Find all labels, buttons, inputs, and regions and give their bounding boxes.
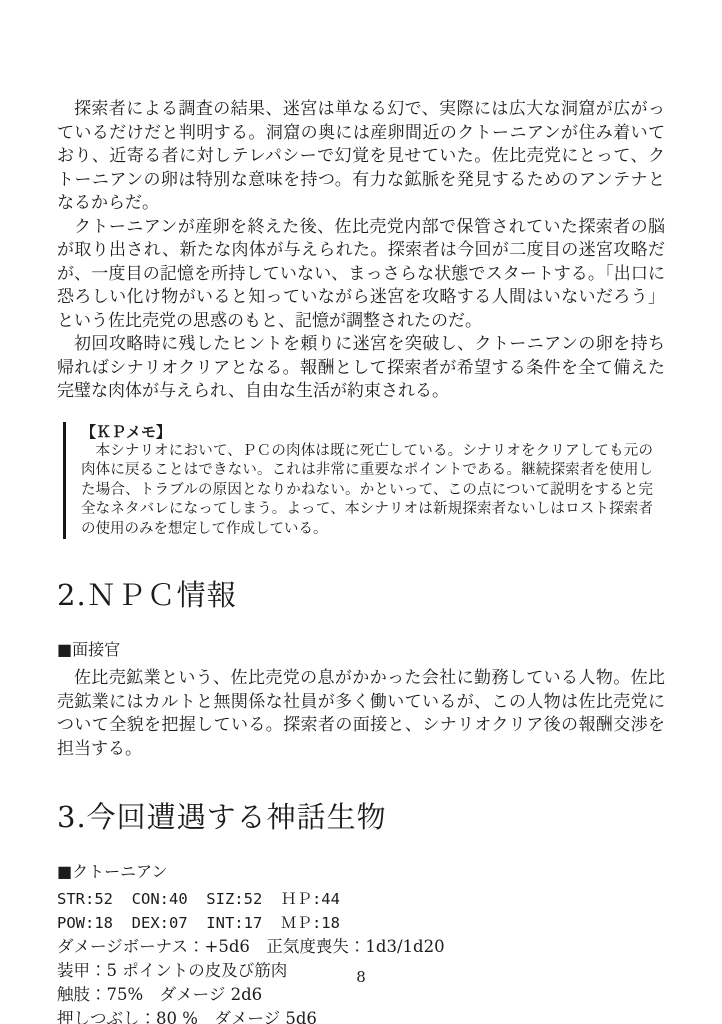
chthonian-crush-attack-line: 押しつぶし：80 % ダメージ 5d6 [57,1007,665,1024]
kp-memo-body: 本シナリオにおいて、ＰＣの肉体は既に死亡している。シナリオをクリアしても元の肉体… [81,442,653,540]
intro-paragraph-3: 初回攻略時に残したヒントを頼りに迷宮を突破し、クトーニアンの卵を持ち帰ればシナリ… [57,333,665,404]
creature-section-heading: 3.今回遭遇する神話生物 [57,799,665,835]
chthonian-label: ■クトーニアン [57,861,665,883]
page-content: 探索者による調査の結果、迷宮は単なる幻で、実際には広大な洞窟が広がっているだけだ… [57,98,665,1024]
intro-paragraph-2: クトーニアンが産卵を終えた後、佐比売党内部で保管されていた探索者の脳が取り出され… [57,216,665,334]
npc-section-heading: 2.ＮＰＣ情報 [57,577,665,613]
kp-memo-box: 【ＫＰメモ】 本シナリオにおいて、ＰＣの肉体は既に死亡している。シナリオをクリア… [63,422,653,540]
chthonian-stat-line-1: STR:52 CON:40 SIZ:52 ＨＰ:44 [57,887,665,911]
intro-paragraph-1: 探索者による調査の結果、迷宮は単なる幻で、実際には広大な洞窟が広がっているだけだ… [57,98,665,216]
interviewer-label: ■面接官 [57,639,665,661]
chthonian-tentacle-attack-line: 触肢：75% ダメージ 2d6 [57,983,665,1007]
kp-memo-title: 【ＫＰメモ】 [81,422,653,442]
chthonian-damage-bonus-line: ダメージボーナス：+5d6 正気度喪失：1d3/1d20 [57,935,665,959]
page-number: 8 [0,968,722,986]
interviewer-body: 佐比売鉱業という、佐比売党の息がかかった会社に勤務している人物。佐比売鉱業にはカ… [57,667,665,761]
document-page: 探索者による調査の結果、迷宮は単なる幻で、実際には広大な洞窟が広がっているだけだ… [0,0,722,1024]
chthonian-stat-line-2: POW:18 DEX:07 INT:17 ＭＰ:18 [57,911,665,935]
